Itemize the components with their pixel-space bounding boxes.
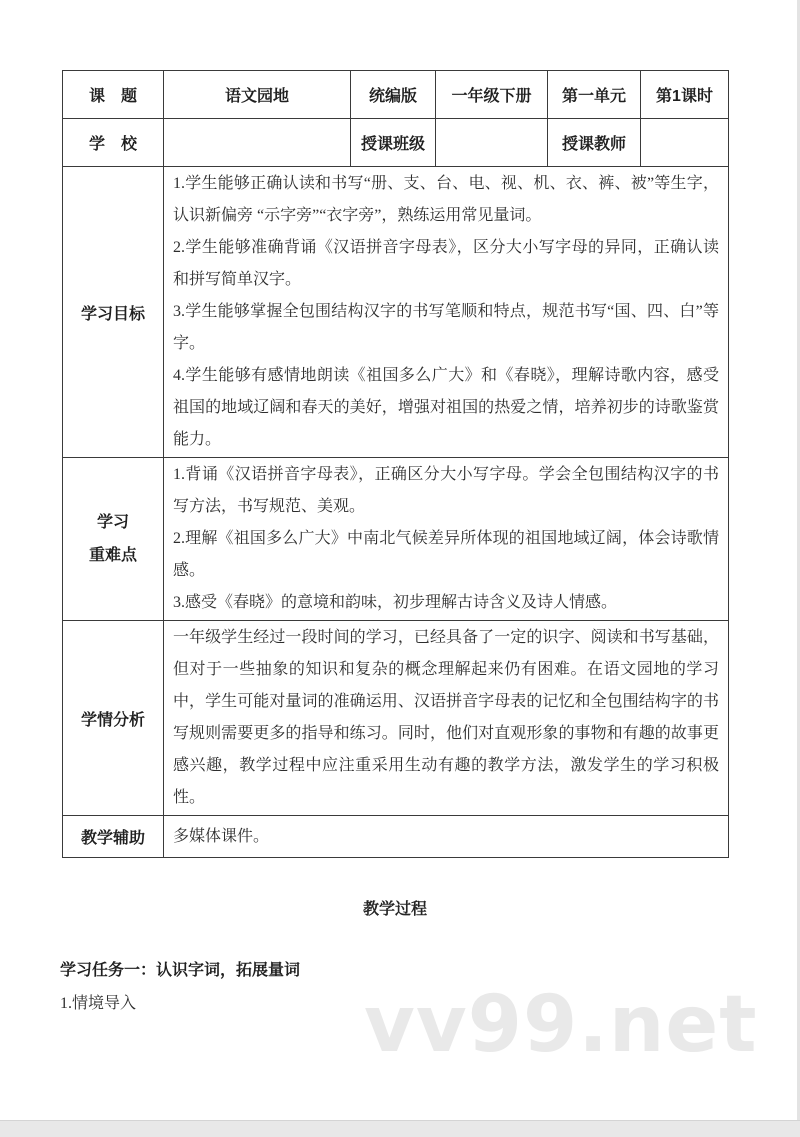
- step1-line: 1.情境导入: [60, 990, 136, 1013]
- goal-item-1: 1.学生能够正确认读和书写“册、支、台、电、视、机、衣、裤、被”等生字，认识新偏…: [173, 168, 719, 232]
- key-points-label: 学习 重难点: [63, 458, 164, 621]
- key-point-item-3: 3.感受《春晓》的意境和韵味，初步理解古诗含义及诗人情感。: [173, 587, 719, 619]
- teacher-label: 授课教师: [548, 119, 641, 167]
- volume-value: 一年级下册: [436, 71, 548, 119]
- table-row-teaching-aids: 教学辅助 多媒体课件。: [63, 816, 729, 858]
- edition-value: 统编版: [351, 71, 436, 119]
- teaching-aids-label: 教学辅助: [63, 816, 164, 858]
- watermark-text: vv99.net: [364, 986, 758, 1064]
- table-row-learner-analysis: 学情分析 一年级学生经过一段时间的学习，已经具备了一定的识字、阅读和书写基础，但…: [63, 621, 729, 816]
- unit-value: 第一单元: [548, 71, 641, 119]
- lesson-info-table: 课 题 语文园地 统编版 一年级下册 第一单元 第1课时 学 校 授课班级 授课…: [62, 70, 729, 858]
- page-bottom-background: [0, 1120, 800, 1137]
- key-point-item-2: 2.理解《祖国多么广大》中南北气候差异所体现的祖国地域辽阔，体会诗歌情感。: [173, 523, 719, 587]
- table-row-key-points: 学习 重难点 1.背诵《汉语拼音字母表》，正确区分大小写字母。学会全包围结构汉字…: [63, 458, 729, 621]
- class-label: 授课班级: [351, 119, 436, 167]
- course-title-value: 语文园地: [164, 71, 351, 119]
- learner-analysis-text: 一年级学生经过一段时间的学习，已经具备了一定的识字、阅读和书写基础，但对于一些抽…: [173, 622, 719, 814]
- goal-item-2: 2.学生能够准确背诵《汉语拼音字母表》，区分大小写字母的异同，正确认读和拼写简单…: [173, 232, 719, 296]
- learner-analysis-content: 一年级学生经过一段时间的学习，已经具备了一定的识字、阅读和书写基础，但对于一些抽…: [164, 621, 729, 816]
- goals-label: 学习目标: [63, 167, 164, 458]
- task1-heading: 学习任务一：认识字词，拓展量词: [60, 957, 300, 980]
- teaching-aids-content: 多媒体课件。: [164, 816, 729, 858]
- table-row-course: 课 题 语文园地 统编版 一年级下册 第一单元 第1课时: [63, 71, 729, 119]
- table-row-school: 学 校 授课班级 授课教师: [63, 119, 729, 167]
- period-value: 第1课时: [641, 71, 729, 119]
- course-title-label: 课 题: [63, 71, 164, 119]
- teaching-aids-text: 多媒体课件。: [173, 821, 719, 853]
- school-label: 学 校: [63, 119, 164, 167]
- key-points-content: 1.背诵《汉语拼音字母表》，正确区分大小写字母。学会全包围结构汉字的书写方法，书…: [164, 458, 729, 621]
- goals-content: 1.学生能够正确认读和书写“册、支、台、电、视、机、衣、裤、被”等生字，认识新偏…: [164, 167, 729, 458]
- goal-item-4: 4.学生能够有感情地朗读《祖国多么广大》和《春晓》，理解诗歌内容，感受祖国的地域…: [173, 360, 719, 456]
- school-value: [164, 119, 351, 167]
- table-row-goals: 学习目标 1.学生能够正确认读和书写“册、支、台、电、视、机、衣、裤、被”等生字…: [63, 167, 729, 458]
- goal-item-3: 3.学生能够掌握全包围结构汉字的书写笔顺和特点，规范书写“国、四、白”等字。: [173, 296, 719, 360]
- process-heading: 教学过程: [62, 896, 728, 919]
- teacher-value: [641, 119, 729, 167]
- learner-analysis-label: 学情分析: [63, 621, 164, 816]
- class-value: [436, 119, 548, 167]
- key-point-item-1: 1.背诵《汉语拼音字母表》，正确区分大小写字母。学会全包围结构汉字的书写方法，书…: [173, 459, 719, 523]
